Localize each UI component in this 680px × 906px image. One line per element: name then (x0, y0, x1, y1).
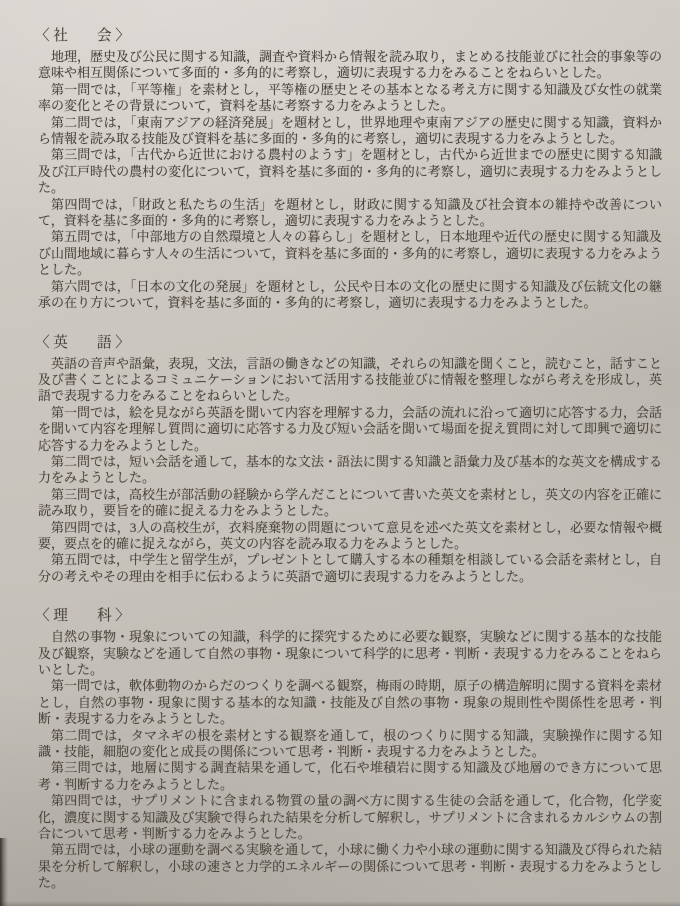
science-question-1-paragraph: 第一問では，軟体動物のからだのつくりを調べる観察，梅雨の時期，原子の構造解明に関… (38, 678, 662, 727)
science-intro-paragraph: 自然の事物・現象についての知識，科学的に探究するために必要な観察，実験などに関す… (38, 629, 662, 678)
section-english: 〈 英 語 〉 英語の音声や語彙，表現，文法，言語の働きなどの知識，それらの知識… (38, 333, 662, 586)
science-question-5-paragraph: 第五問では，小球の運動を調べる実験を通して，小球に働く力や小球の運動に関する知識… (38, 842, 662, 891)
social-studies-question-3-paragraph: 第三問では，「古代から近世における農村のようす」を題材とし，古代から近世までの歴… (38, 147, 662, 196)
document-photo: 〈 社 会 〉 地理，歴史及び公民に関する知識，調査や資料から情報を読み取り，ま… (0, 0, 680, 906)
english-intro-paragraph: 英語の音声や語彙，表現，文法，言語の働きなどの知識，それらの知識を聞くこと，読む… (38, 356, 662, 405)
english-question-1-paragraph: 第一問では，絵を見ながら英語を聞いて内容を理解する力，会話の流れに沿って適切に応… (38, 405, 662, 454)
science-question-3-paragraph: 第三問では，地層に関する調査結果を通して，化石や堆積岩に関する知識及び地層のでき… (38, 760, 662, 793)
social-studies-intro-paragraph: 地理，歴史及び公民に関する知識，調査や資料から情報を読み取り，まとめる技能並びに… (38, 49, 662, 82)
social-studies-question-1-paragraph: 第一問では，「平等権」を素材とし，平等権の歴史とその基本となる考え方に関する知識… (38, 82, 662, 115)
section-heading-science: 〈 理 科 〉 (35, 606, 662, 626)
science-question-2-paragraph: 第二問では，タマネギの根を素材とする観察を通して，根のつくりに関する知識，実験操… (38, 728, 662, 761)
paper-page: 〈 社 会 〉 地理，歴史及び公民に関する知識，調査や資料から情報を読み取り，ま… (0, 0, 680, 906)
bottom-edge-shadow (0, 901, 680, 906)
english-question-5-paragraph: 第五問では，中学生と留学生が，プレゼントとして購入する本の種類を相談している会話… (38, 552, 662, 585)
exam-overview-document: 〈 社 会 〉 地理，歴史及び公民に関する知識，調査や資料から情報を読み取り，ま… (38, 26, 662, 892)
social-studies-question-2-paragraph: 第二問では，「東南アジアの経済発展」を題材とし，世界地理や東南アジアの歴史に関す… (38, 115, 662, 148)
english-question-2-paragraph: 第二問では，短い会話を通して，基本的な文法・語法に関する知識と語彙力及び基本的な… (38, 454, 662, 487)
paper-edge-shadow (0, 838, 8, 906)
english-question-3-paragraph: 第三問では，高校生が部活動の経験から学んだことについて書いた英文を素材とし，英文… (38, 487, 662, 520)
section-science: 〈 理 科 〉 自然の事物・現象についての知識，科学的に探究するために必要な観察… (38, 606, 662, 892)
science-question-4-paragraph: 第四問では，サプリメントに含まれる物質の量の調べ方に関する生徒の会話を通して，化… (38, 793, 662, 842)
english-question-4-paragraph: 第四問では，3人の高校生が，衣料廃棄物の問題について意見を述べた英文を素材とし，… (38, 520, 662, 553)
social-studies-question-6-paragraph: 第六問では，「日本の文化の発展」を題材とし，公民や日本の文化の歴史に関する知識及… (38, 279, 662, 312)
social-studies-question-5-paragraph: 第五問では，「中部地方の自然環境と人々の暮らし」を題材とし，日本地理や近代の歴史… (38, 229, 662, 278)
social-studies-question-4-paragraph: 第四問では，「財政と私たちの生活」を題材とし，財政に関する知識及び社会資本の維持… (38, 197, 662, 230)
section-heading-english: 〈 英 語 〉 (35, 333, 662, 353)
section-heading-social-studies: 〈 社 会 〉 (35, 26, 662, 46)
section-social-studies: 〈 社 会 〉 地理，歴史及び公民に関する知識，調査や資料から情報を読み取り，ま… (38, 26, 662, 312)
